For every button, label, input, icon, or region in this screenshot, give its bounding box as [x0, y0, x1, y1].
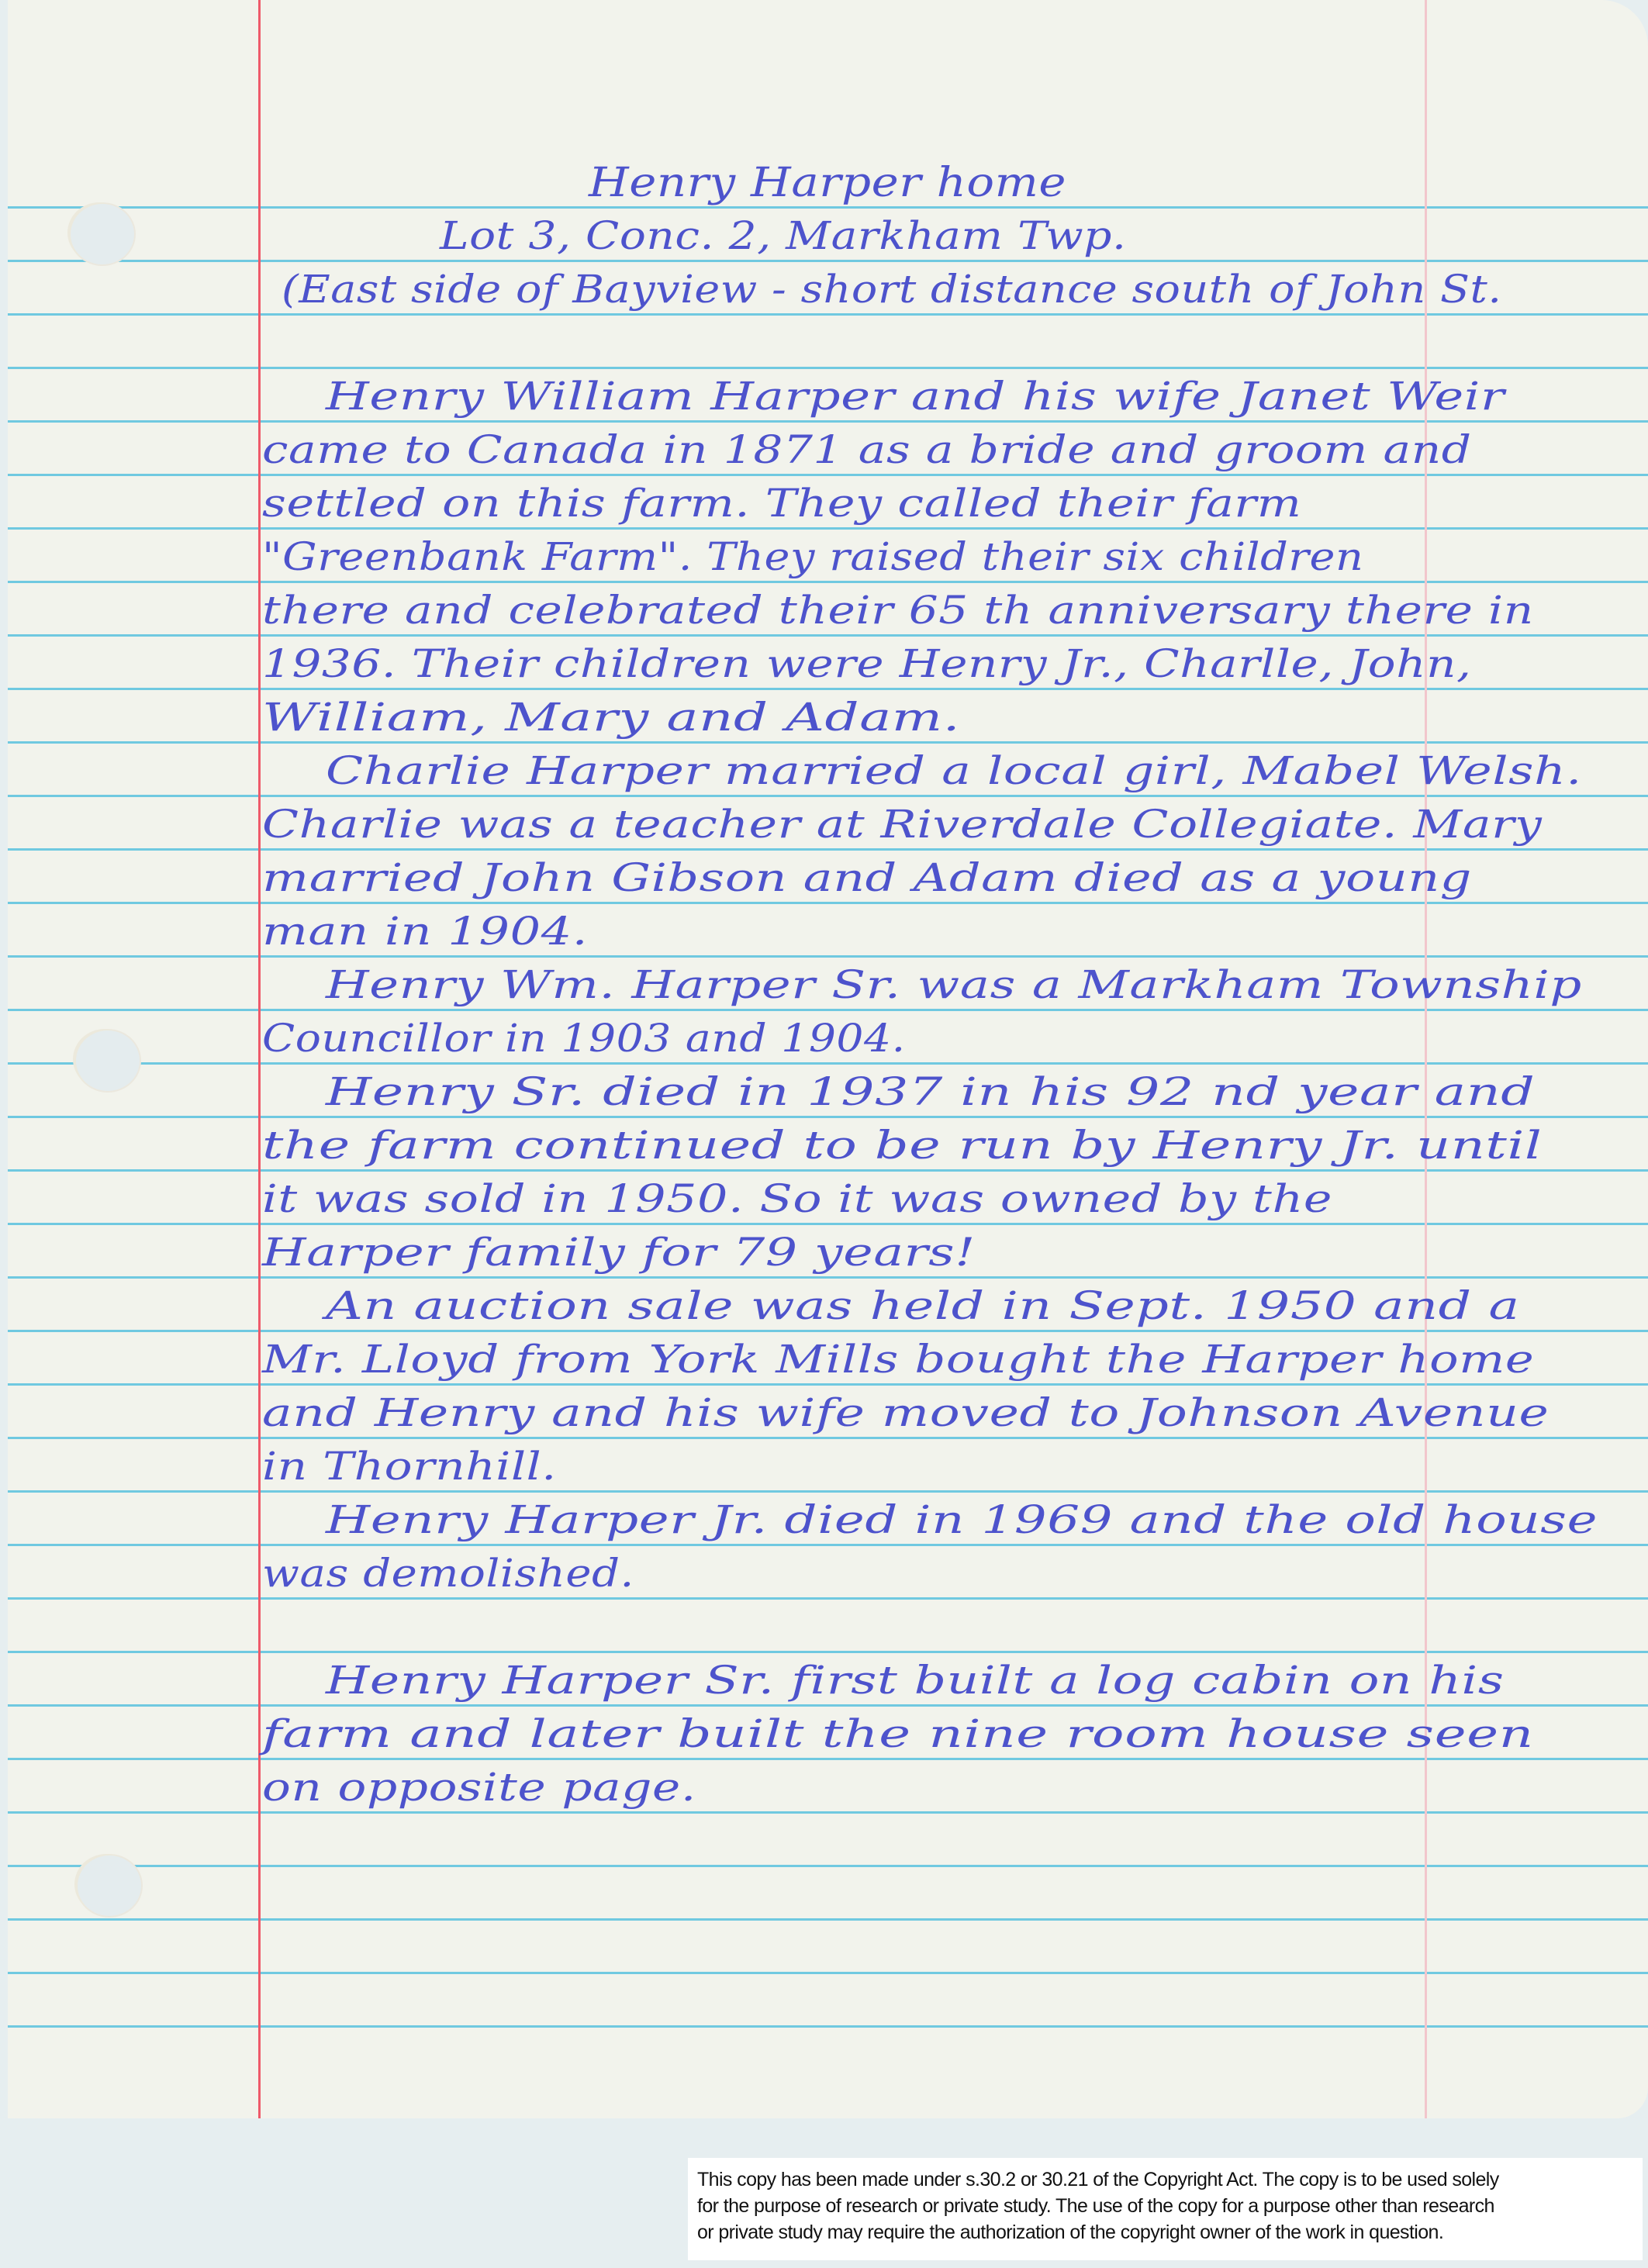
ruled-line — [8, 1383, 1648, 1386]
ruled-line — [8, 420, 1648, 423]
notebook-page: Henry Harper home Lot 3, Conc. 2, Markha… — [8, 0, 1648, 2118]
page-title: Henry Harper home — [589, 163, 1066, 203]
ruled-line — [8, 1437, 1648, 1439]
handwritten-line: married John Gibson and Adam died as a y… — [262, 858, 1472, 897]
handwritten-line: "Greenbank Farm". They raised their six … — [262, 537, 1363, 576]
punch-hole-top — [71, 204, 134, 264]
ruled-line — [8, 688, 1648, 690]
ruled-line — [8, 1223, 1648, 1225]
handwritten-line: the farm continued to be run by Henry Jr… — [262, 1126, 1543, 1165]
handwritten-line: in Thornhill. — [262, 1447, 557, 1486]
ruled-line — [8, 1009, 1648, 1011]
handwritten-line: Harper family for 79 years! — [262, 1233, 976, 1272]
handwritten-line: Mr. Lloyd from York Mills bought the Har… — [262, 1340, 1534, 1379]
handwritten-line: Councillor in 1903 and 1904. — [262, 1019, 906, 1058]
ruled-line — [8, 1918, 1648, 1921]
directions-line: (East side of Bayview - short distance s… — [282, 270, 1502, 309]
handwritten-line: William, Mary and Adam. — [262, 698, 960, 737]
handwritten-line: Henry Sr. died in 1937 in his 92 nd year… — [326, 1072, 1535, 1111]
ruled-line — [8, 902, 1648, 904]
handwritten-line: came to Canada in 1871 as a bride and gr… — [262, 430, 1472, 469]
left-margin-line — [258, 0, 261, 2118]
handwritten-line: Charlie was a teacher at Riverdale Colle… — [262, 805, 1542, 844]
handwritten-line: it was sold in 1950. So it was owned by … — [262, 1179, 1332, 1218]
right-margin-line — [1425, 0, 1427, 2118]
handwritten-line: Henry William Harper and his wife Janet … — [326, 377, 1505, 416]
ruled-line — [8, 1062, 1648, 1065]
ruled-line — [8, 1758, 1648, 1760]
ruled-line — [8, 1704, 1648, 1707]
ruled-line — [8, 2025, 1648, 2028]
ruled-line — [8, 1865, 1648, 1867]
ruled-line — [8, 206, 1648, 209]
handwritten-line: 1936. Their children were Henry Jr., Cha… — [262, 644, 1472, 683]
copyright-notice: This copy has been made under s.30.2 or … — [688, 2158, 1643, 2260]
ruled-line — [8, 634, 1648, 637]
punch-hole-middle — [76, 1030, 140, 1091]
handwritten-line: An auction sale was held in Sept. 1950 a… — [326, 1286, 1520, 1325]
punch-hole-bottom — [78, 1855, 141, 1916]
ruled-line — [8, 1330, 1648, 1332]
ruled-line — [8, 1972, 1648, 1974]
handwritten-line: Henry Harper Jr. died in 1969 and the ol… — [326, 1500, 1598, 1539]
handwritten-line: farm and later built the nine room house… — [262, 1714, 1534, 1753]
ruled-line — [8, 955, 1648, 958]
ruled-line — [8, 1651, 1648, 1653]
handwritten-line: settled on this farm. They called their … — [262, 484, 1301, 523]
copyright-line: for the purpose of research or private s… — [697, 2193, 1643, 2219]
handwritten-line: man in 1904. — [262, 912, 588, 951]
handwritten-line: Henry Harper Sr. first built a log cabin… — [326, 1661, 1505, 1700]
ruled-line — [8, 367, 1648, 369]
ruled-line — [8, 581, 1648, 583]
ruled-line — [8, 1116, 1648, 1118]
ruled-line — [8, 527, 1648, 530]
ruled-line — [8, 1490, 1648, 1493]
ruled-line — [8, 1544, 1648, 1546]
ruled-line — [8, 741, 1648, 744]
ruled-line — [8, 313, 1648, 316]
handwritten-line: Charlie Harper married a local girl, Mab… — [326, 751, 1582, 790]
handwritten-line: Henry Wm. Harper Sr. was a Markham Towns… — [326, 965, 1582, 1004]
handwritten-line: on opposite page. — [262, 1768, 696, 1807]
ruled-line — [8, 1597, 1648, 1600]
ruled-line — [8, 1169, 1648, 1172]
location-line: Lot 3, Conc. 2, Markham Twp. — [440, 216, 1127, 255]
ruled-line — [8, 848, 1648, 851]
copyright-line: or private study may require the authori… — [697, 2219, 1643, 2246]
handwritten-line: and Henry and his wife moved to Johnson … — [262, 1393, 1549, 1432]
copyright-line: This copy has been made under s.30.2 or … — [697, 2166, 1643, 2193]
ruled-line — [8, 1811, 1648, 1814]
ruled-line — [8, 795, 1648, 797]
handwritten-line: was demolished. — [262, 1554, 634, 1593]
handwritten-line: there and celebrated their 65 th anniver… — [262, 591, 1534, 630]
ruled-line — [8, 260, 1648, 262]
ruled-line — [8, 1276, 1648, 1279]
ruled-line — [8, 474, 1648, 476]
